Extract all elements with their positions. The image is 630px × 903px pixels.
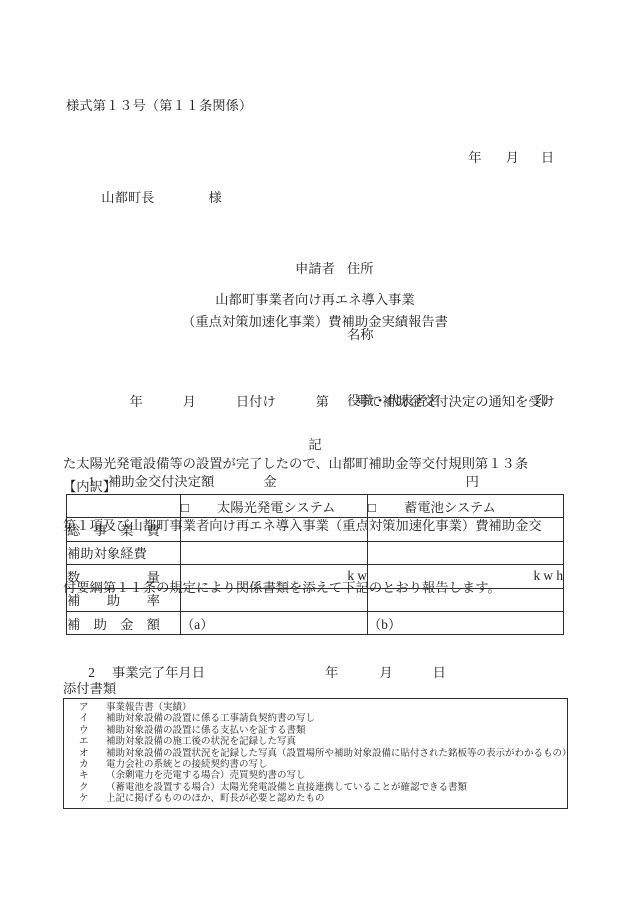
row-label-eligible-expense: 補助対象経費: [67, 541, 181, 564]
table-row-eligible-expense: 補助対象経費: [67, 541, 564, 564]
completion-month-label: 月: [379, 665, 392, 680]
attachment-letter: カ: [79, 760, 106, 771]
item1-label: 補助金交付決定額: [108, 474, 214, 489]
attachment-letter: ク: [79, 783, 106, 794]
battery-checkbox-icon: □: [368, 500, 376, 516]
row-label-subsidy-amount: 補 助 金 額: [67, 611, 181, 634]
document-title-line2: （重点対策加速化事業）費補助金実績報告書: [0, 311, 630, 330]
total-cost-solar-cell: [181, 518, 368, 541]
date-line: 年月日: [455, 131, 554, 182]
eligible-expense-solar-cell: [181, 541, 368, 564]
attachment-text: （蓄電池を設置する場合）太陽光発電設備と直接連携していることが確認できる書類: [106, 783, 467, 794]
completion-year-label: 年: [325, 665, 338, 680]
form-number: 様式第１３号（第１１条関係）: [66, 95, 252, 114]
attachment-letter: オ: [79, 749, 106, 760]
document-title-line1: 山都町事業者向け再エネ導入事業: [0, 289, 630, 308]
attachment-letter: ケ: [79, 794, 106, 805]
attachments-title: 添付書類: [63, 678, 116, 697]
item2-label: 事業完了年月日: [112, 665, 205, 680]
attachment-text: 補助対象設備の施工後の状況を記録した写真: [106, 737, 296, 748]
year-label: 年: [468, 150, 481, 165]
addressee-name: 山都町長: [101, 190, 154, 205]
attachment-letter: キ: [79, 771, 106, 782]
battery-column-header: □蓄電池システム: [368, 495, 564, 518]
row-label-quantity: 数 量: [67, 565, 181, 588]
attachment-item: ア事業報告書（実績）: [79, 703, 561, 714]
subsidy-amount-a-cell: （a）: [181, 611, 368, 634]
row-label-subsidy-rate: 補 助 率: [67, 588, 181, 611]
item2-completion-date: 2事業完了年月日年月日: [63, 646, 446, 697]
solar-column-header: □太陽光発電システム: [181, 495, 368, 518]
attachment-item: カ電力会社の系統との接続契約書の写し: [79, 760, 561, 771]
addressee-honorific: 様: [208, 190, 221, 205]
solar-column-label: 太陽光発電システム: [217, 500, 335, 515]
attachments-box: ア事業報告書（実績） イ補助対象設備の設置に係る工事請負契約書の写し ウ補助対象…: [63, 698, 568, 809]
subsidy-rate-solar-cell: [181, 588, 368, 611]
applicant-label: 申請者: [295, 258, 347, 280]
table-row-subsidy-rate: 補 助 率: [67, 588, 564, 611]
solar-checkbox-icon: □: [181, 500, 189, 516]
attachment-item: ケ上記に掲げるもののほか、町長が必要と認めたもの: [79, 794, 561, 805]
breakdown-label: 【内訳】: [63, 476, 116, 495]
note-mark: 記: [0, 434, 630, 453]
attachment-item: ク（蓄電池を設置する場合）太陽光発電設備と直接連携していることが確認できる書類: [79, 783, 561, 794]
table-row-total-cost: 総 事 業 費: [67, 518, 564, 541]
attachment-item: ウ補助対象設備の設置に係る支払いを証する書類: [79, 726, 561, 737]
completion-day-label: 日: [433, 665, 446, 680]
row-label-total-cost: 総 事 業 費: [67, 518, 181, 541]
attachment-letter: イ: [79, 714, 106, 725]
attachment-text: （余剰電力を売電する場合）売買契約書の写し: [106, 771, 306, 782]
table-row-subsidy-amount: 補 助 金 額 （a） （b）: [67, 611, 564, 634]
month-label: 月: [506, 150, 519, 165]
applicant-address-label: 住所: [347, 258, 374, 280]
empty-header-cell: [67, 495, 181, 518]
table-header-row: □太陽光発電システム □蓄電池システム: [67, 495, 564, 518]
quantity-battery-unit: k w h: [368, 565, 564, 588]
battery-column-label: 蓄電池システム: [404, 500, 496, 515]
attachment-text: 事業報告書（実績）: [106, 703, 192, 714]
eligible-expense-battery-cell: [368, 541, 564, 564]
amount-suffix: 円: [466, 474, 479, 489]
attachment-item: イ補助対象設備の設置に係る工事請負契約書の写し: [79, 714, 561, 725]
attachment-letter: ウ: [79, 726, 106, 737]
attachment-text: 上記に掲げるもののほか、町長が必要と認めたもの: [106, 794, 325, 805]
breakdown-table: □太陽光発電システム □蓄電池システム 総 事 業 費 補助対象経費 数 量 k…: [66, 494, 564, 635]
addressee-line: 山都町長様: [88, 171, 222, 222]
attachment-text: 補助対象設備の設置に係る工事請負契約書の写し: [106, 714, 315, 725]
attachment-letter: ア: [79, 703, 106, 714]
document-page: 様式第１３号（第１１条関係） 年月日 山都町長様 申請者住所 名称 役職・代表者…: [0, 0, 630, 903]
quantity-solar-unit: k w: [181, 565, 368, 588]
attachment-item: キ（余剰電力を売電する場合）売買契約書の写し: [79, 771, 561, 782]
attachment-letter: エ: [79, 737, 106, 748]
attachment-text: 電力会社の系統との接続契約書の写し: [106, 760, 268, 771]
attachment-item: エ補助対象設備の施工後の状況を記録した写真: [79, 737, 561, 748]
subsidy-amount-b-cell: （b）: [368, 611, 564, 634]
total-cost-battery-cell: [368, 518, 564, 541]
attachment-item: オ補助対象設備の設置状況を記録した写真（設置場所や補助対象設備に貼付された銘板等…: [79, 749, 561, 760]
day-label: 日: [541, 150, 554, 165]
attachment-text: 補助対象設備の設置に係る支払いを証する書類: [106, 726, 306, 737]
attachment-text: 補助対象設備の設置状況を記録した写真（設置場所や補助対象設備に貼付された銘板等の…: [106, 749, 572, 760]
applicant-address-row: 申請者住所: [295, 258, 548, 280]
body-line: 年 月 日付け 第 号で補助金交付決定の通知を受け: [63, 392, 569, 413]
table-row-quantity: 数 量 k w k w h: [67, 565, 564, 588]
subsidy-rate-battery-cell: [368, 588, 564, 611]
amount-prefix: 金: [263, 474, 276, 489]
